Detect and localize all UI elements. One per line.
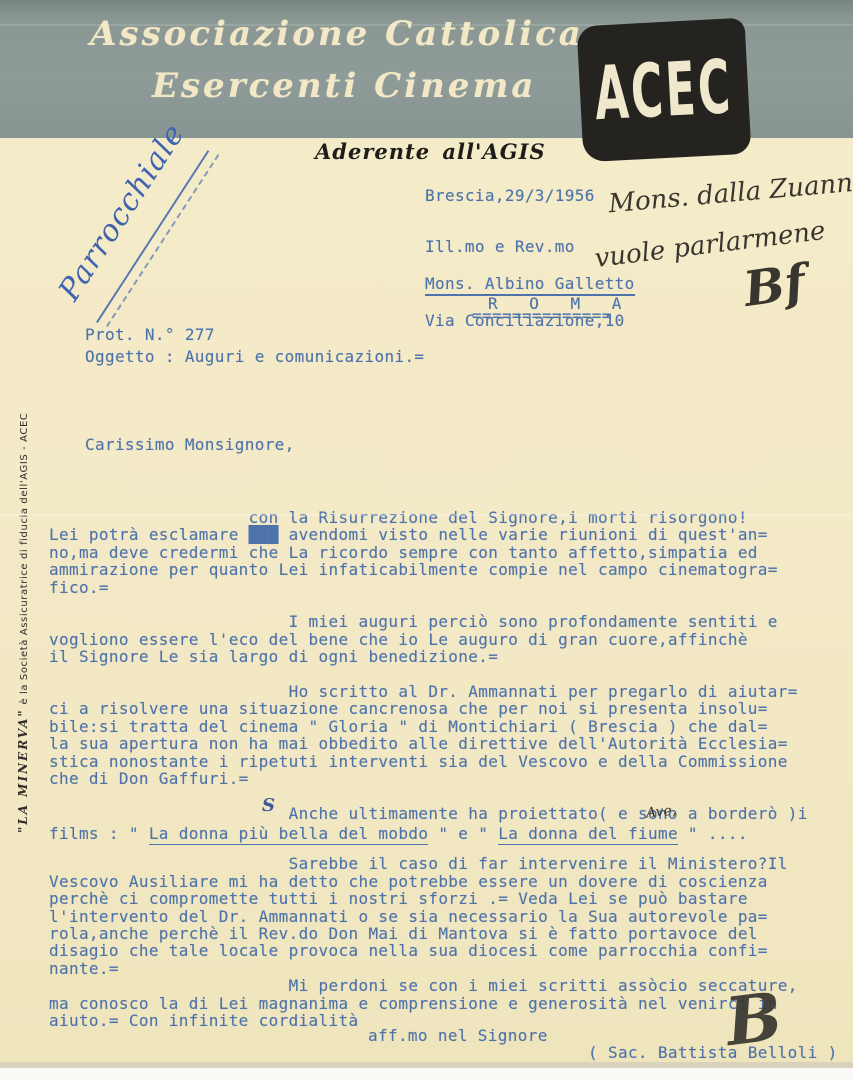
acec-logo: ACEC	[577, 18, 752, 163]
city-underline: ==============	[472, 306, 612, 325]
recipient-honorific: Ill.mo e Rev.mo	[425, 237, 575, 256]
body-paragraphs-1: con la Risurrezione del Signore,i morti …	[49, 509, 808, 822]
acec-logo-text: ACEC	[593, 43, 735, 136]
signature-typed: ( Sac. Battista Belloli )	[588, 1043, 838, 1062]
scanned-letter: Associazione Cattolica Esercenti Cinema …	[0, 0, 853, 1080]
handwritten-filing-note: Parrocchiale	[52, 118, 192, 308]
org-name-line2: Esercenti Cinema	[152, 66, 536, 106]
salutation: Carissimo Monsignore,	[85, 435, 295, 454]
subject-line: Oggetto : Auguri e comunicazioni.=	[85, 347, 424, 366]
org-name-line1: Associazione Cattolica	[90, 14, 584, 54]
paper-crease	[0, 514, 853, 516]
agis-tagline: Aderente all'AGIS	[315, 139, 546, 164]
side-margin-note: "LA MINERVA" è la Società Assicuratrice …	[12, 383, 31, 833]
minerva-brand: "LA MINERVA"	[16, 708, 30, 833]
closing-formula: aff.mo nel Signore	[368, 1026, 548, 1045]
recipient-name: Mons. Albino Galletto	[425, 274, 635, 296]
scan-background-strip	[0, 1068, 853, 1080]
protocol-number: Prot. N.° 277	[85, 325, 215, 344]
handwritten-correction-2: Ave,	[645, 802, 677, 821]
handwritten-correction-1: S	[262, 795, 275, 816]
place-date: Brescia,29/3/1956	[425, 186, 595, 205]
body-paragraphs-2: Sarebbe il caso di far intervenire il Mi…	[49, 838, 798, 1029]
handwritten-signature-scribble: B	[721, 977, 786, 1061]
minerva-text: è la Società Assicuratrice di fiducia de…	[19, 413, 30, 709]
handwritten-note-line1: Mons. dalla Zuanna	[607, 167, 853, 220]
handwritten-initials: Bf	[740, 254, 808, 318]
